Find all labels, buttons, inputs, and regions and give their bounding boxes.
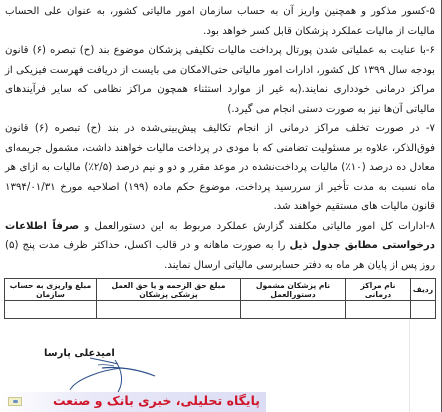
margin-line (409, 320, 410, 412)
table-cell (411, 301, 436, 319)
header-fee-amount: مبلغ حق الزحمه و یا حق العمل پزشکی پزشکا… (97, 279, 241, 301)
table-cell (346, 301, 411, 319)
header-doctor-names: نام پزشکان مشمول دستورالعمل (241, 279, 346, 301)
table-header-row: ردیف نام مراکز درمانی نام پزشکان مشمول د… (5, 279, 436, 301)
flag-icon (8, 397, 22, 406)
header-center-name: نام مراکز درمانی (346, 279, 411, 301)
report-table-container: ردیف نام مراکز درمانی نام پزشکان مشمول د… (4, 278, 436, 319)
watermark-banner: پایگاه تحلیلی، خبری بانک و صنعت (0, 392, 266, 412)
table-cell (241, 301, 346, 319)
paragraph-6: ۶-با عنایت به عملیاتی شدن پورتال پرداخت … (5, 41, 435, 119)
document-page: ۵-کسور مذکور و همچنین واریز آن به حساب س… (0, 0, 442, 412)
table-row (5, 301, 436, 319)
paragraph-8: ۸-ادارات کل امور مالیاتی مکلفند گزارش عم… (5, 217, 435, 276)
header-deposit-amount: مبلغ واریزی به حساب سازمان (5, 279, 97, 301)
table-cell (97, 301, 241, 319)
signature-icon (60, 356, 160, 396)
table-cell (5, 301, 97, 319)
document-body: ۵-کسور مذکور و همچنین واریز آن به حساب س… (5, 2, 435, 275)
header-row-number: ردیف (411, 279, 436, 301)
report-table: ردیف نام مراکز درمانی نام پزشکان مشمول د… (4, 278, 436, 319)
paragraph-5: ۵-کسور مذکور و همچنین واریز آن به حساب س… (5, 2, 435, 41)
watermark-text: پایگاه تحلیلی، خبری بانک و صنعت (53, 393, 260, 408)
paragraph-7: ۷- در صورت تخلف مراکز درمانی از انجام تک… (5, 119, 435, 217)
paragraph-8-intro: ۸-ادارات کل امور مالیاتی مکلفند گزارش عم… (79, 221, 435, 232)
